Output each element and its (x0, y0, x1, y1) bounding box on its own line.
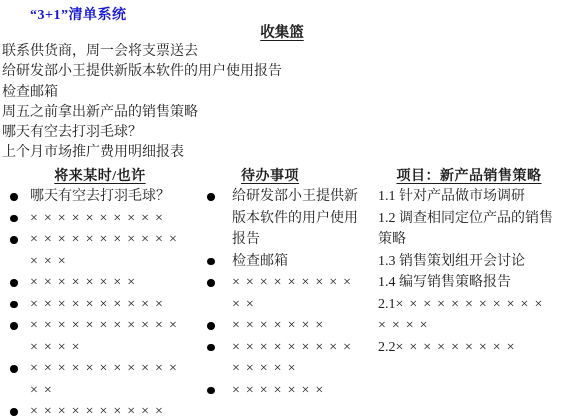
list-item: 1.3 销售策划组开会讨论 (374, 251, 564, 273)
list-item-line: 2.1××××××××××× (374, 294, 564, 316)
list-item: ×××××××××× (9, 401, 201, 419)
list-item-line: ××××××××××× (9, 229, 201, 251)
list-item-line: 报告 (205, 229, 369, 251)
list-item: 检查邮箱 (205, 251, 369, 273)
list-item-line: 给研发部小王提供新版本软件的用户使用报告 (2, 62, 282, 82)
list-item: 给研发部小王提供新版本软件的用户使用报告 (205, 186, 369, 251)
list-item-line: 联系供货商，周一会将支票送去 (2, 42, 282, 62)
list-item-line: ××× (9, 251, 201, 273)
bullet-icon (10, 322, 18, 330)
x-placeholder-run: ××××××××× (232, 275, 357, 290)
list-item-line: 周五之前拿出新产品的销售策略 (2, 103, 282, 123)
list-item: 周五之前拿出新产品的销售策略 (2, 103, 282, 123)
todo-column-header: 待办事项 (205, 165, 335, 185)
list-item-line: ××××××××× (205, 272, 369, 294)
someday-column-list: 哪天有空去打羽毛球？××××××××××××××××××××××××××××××… (9, 186, 201, 419)
list-item: ××××××××××××× (9, 358, 201, 401)
x-placeholder-run: ×× (232, 297, 260, 312)
x-placeholder-run: ×××××××× (30, 275, 141, 290)
list-item: 联系供货商，周一会将支票送去 (2, 42, 282, 62)
bullet-icon (207, 387, 215, 395)
x-placeholder-run: ××××××××× (232, 340, 357, 355)
collect-basket-header: 收集篮 (0, 21, 564, 42)
x-placeholder-run: ×××× (378, 318, 434, 333)
list-item: 给研发部小王提供新版本软件的用户使用报告 (2, 62, 282, 82)
collect-basket-list: 联系供货商，周一会将支票送去给研发部小王提供新版本软件的用户使用报告检查邮箱周五… (2, 42, 282, 164)
list-item: 2.2××××××××× (374, 337, 564, 359)
x-placeholder-run: ××××××××××× (30, 361, 183, 376)
list-item: 哪天有空去打羽毛球？ (9, 186, 201, 208)
list-item-line: 1.2 调查相同定位产品的销售 (374, 208, 564, 230)
list-item-line: 1.1 针对产品做市场调研 (374, 186, 564, 208)
someday-column-header: 将来某时/也许 (20, 165, 180, 185)
x-placeholder-run: ××××××××××× (30, 232, 183, 247)
x-placeholder-run: ××××× (232, 361, 301, 376)
list-item: ×××××××××× (9, 294, 201, 316)
list-item-line: 哪天有空去打羽毛球？ (9, 186, 201, 208)
project-column-list: 1.1 针对产品做市场调研1.2 调查相同定位产品的销售策略1.3 销售策划组开… (374, 186, 564, 358)
list-item-line: ×××××××××× (9, 401, 201, 419)
list-item-line: 检查邮箱 (2, 83, 282, 103)
bullet-icon (10, 408, 18, 416)
list-item-line: ×× (205, 294, 369, 316)
list-item-line: ××××××× (205, 315, 369, 337)
list-item-line: 1.4 编写销售策略报告 (374, 272, 564, 294)
list-item: 1.2 调查相同定位产品的销售策略 (374, 208, 564, 251)
list-item-line: 2.2××××××××× (374, 337, 564, 359)
list-item: 2.1××××××××××××××× (374, 294, 564, 337)
list-item-line: 策略 (374, 229, 564, 251)
list-item: 检查邮箱 (2, 83, 282, 103)
list-item: 1.1 针对产品做市场调研 (374, 186, 564, 208)
list-item-line: ××××××××××× (9, 315, 201, 337)
todo-column-list: 给研发部小王提供新版本软件的用户使用报告检查邮箱××××××××××××××××… (205, 186, 369, 401)
list-item-line: 哪天有空去打羽毛球？ (2, 123, 282, 143)
list-item: 上个月市场推广费用明细报表 (2, 143, 282, 163)
list-item: ××××××××××× (205, 272, 369, 315)
list-item: 1.4 编写销售策略报告 (374, 272, 564, 294)
bullet-icon (207, 279, 215, 287)
list-item-line: ××××××××××× (9, 358, 201, 380)
x-placeholder-run: ×××××××××× (30, 297, 169, 312)
x-placeholder-run: ××××××××× (396, 340, 521, 355)
document-page: “3+1”清单系统 收集篮 联系供货商，周一会将支票送去给研发部小王提供新版本软… (0, 0, 564, 419)
x-placeholder-run: ××× (30, 254, 72, 269)
list-item-line: ××××××××× (205, 337, 369, 359)
bullet-icon (10, 193, 18, 201)
list-item: ××××××× (205, 315, 369, 337)
list-item: ×××××××××××××× (9, 229, 201, 272)
list-item-line: 给研发部小王提供新 (205, 186, 369, 208)
list-item: 哪天有空去打羽毛球？ (2, 123, 282, 143)
bullet-icon (10, 236, 18, 244)
list-item-line: 上个月市场推广费用明细报表 (2, 143, 282, 163)
list-item-line: 检查邮箱 (205, 251, 369, 273)
bullet-icon (207, 322, 215, 330)
bullet-icon (10, 365, 18, 373)
list-item: ××××××× (205, 380, 369, 402)
list-item-line: 1.3 销售策划组开会讨论 (374, 251, 564, 273)
bullet-icon (10, 301, 18, 309)
list-item-line: ×××××××××× (9, 208, 201, 230)
list-item-line: 版本软件的用户使用 (205, 208, 369, 230)
list-item-line: ×××× (374, 315, 564, 337)
list-item-line: ××××××× (205, 380, 369, 402)
bullet-icon (10, 279, 18, 287)
list-item-line: ×× (9, 380, 201, 402)
list-item: ××××××××××××××× (9, 315, 201, 358)
list-item: ×××××××××××××× (205, 337, 369, 380)
list-item: ×××××××××× (9, 208, 201, 230)
x-placeholder-run: ××××××× (232, 318, 329, 333)
x-placeholder-run: ××××××× (232, 383, 329, 398)
bullet-icon (207, 344, 215, 352)
x-placeholder-run: ×××××××××× (30, 404, 169, 419)
x-placeholder-run: ×××××××××× (30, 211, 169, 226)
list-item-line: ×××××××× (9, 272, 201, 294)
bullet-icon (207, 193, 215, 201)
x-placeholder-run: ×× (30, 383, 58, 398)
list-item-line: ×××××××××× (9, 294, 201, 316)
list-item: ×××××××× (9, 272, 201, 294)
x-placeholder-run: ×××× (30, 340, 86, 355)
x-placeholder-run: ××××××××××× (30, 318, 183, 333)
project-column-header: 项目：新产品销售策略 (378, 165, 560, 185)
list-item-line: ××××× (205, 358, 369, 380)
bullet-icon (10, 215, 18, 223)
list-item-line: ×××× (9, 337, 201, 359)
x-placeholder-run: ××××××××××× (396, 297, 549, 312)
bullet-icon (207, 258, 215, 266)
